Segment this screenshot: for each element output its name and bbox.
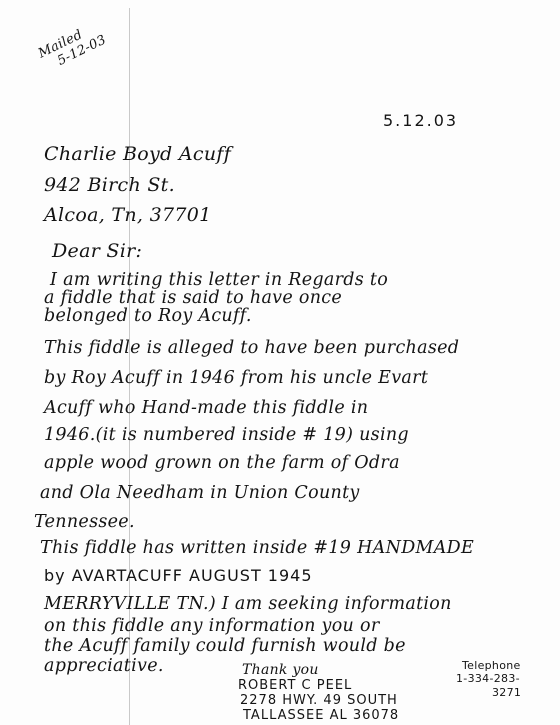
body-line: Tennessee.: [34, 514, 135, 532]
salutation: Dear Sir:: [52, 242, 142, 261]
sender-city: TALLASSEE AL 36078: [243, 709, 399, 722]
body-line: the Acuff family could furnish would be: [44, 638, 406, 656]
telephone-number-line1: 1-334-283-: [456, 673, 520, 684]
body-line: apple wood grown on the farm of Odra: [44, 455, 400, 473]
body-line: This fiddle is alleged to have been purc…: [44, 340, 459, 358]
telephone-number-line2: 3271: [492, 687, 521, 698]
body-line: I am writing this letter in Regards to: [50, 272, 388, 290]
body-line: This fiddle has written inside #19 HANDM…: [40, 540, 474, 558]
body-line: 1946.(it is numbered inside # 19) using: [44, 427, 409, 445]
recipient-name: Charlie Boyd Acuff: [44, 145, 231, 164]
body-line: by AVARTACUFF AUGUST 1945: [44, 568, 313, 584]
body-line: belonged to Roy Acuff.: [44, 308, 252, 326]
body-line: a fiddle that is said to have once: [44, 290, 342, 308]
letter-date: 5.12.03: [383, 113, 458, 129]
recipient-city: Alcoa, Tn, 37701: [44, 206, 212, 225]
sender-name: ROBERT C PEEL: [238, 679, 352, 692]
body-line: on this fiddle any information you or: [44, 618, 380, 636]
body-line: and Ola Needham in Union County: [40, 485, 360, 503]
closing: Thank you: [242, 663, 319, 677]
body-line: MERRYVILLE TN.) I am seeking information: [44, 596, 452, 614]
body-line: by Roy Acuff in 1946 from his uncle Evar…: [44, 370, 428, 388]
body-line: Acuff who Hand-made this fiddle in: [44, 400, 368, 418]
body-line: appreciative.: [44, 658, 164, 676]
mailed-annotation: Mailed 5-12-03: [36, 19, 109, 75]
telephone-label: Telephone: [462, 660, 521, 671]
sender-street: 2278 HWY. 49 SOUTH: [240, 694, 398, 707]
letter-page: Mailed 5-12-03 5.12.03 Charlie Boyd Acuf…: [0, 0, 560, 725]
recipient-street: 942 Birch St.: [44, 176, 175, 195]
